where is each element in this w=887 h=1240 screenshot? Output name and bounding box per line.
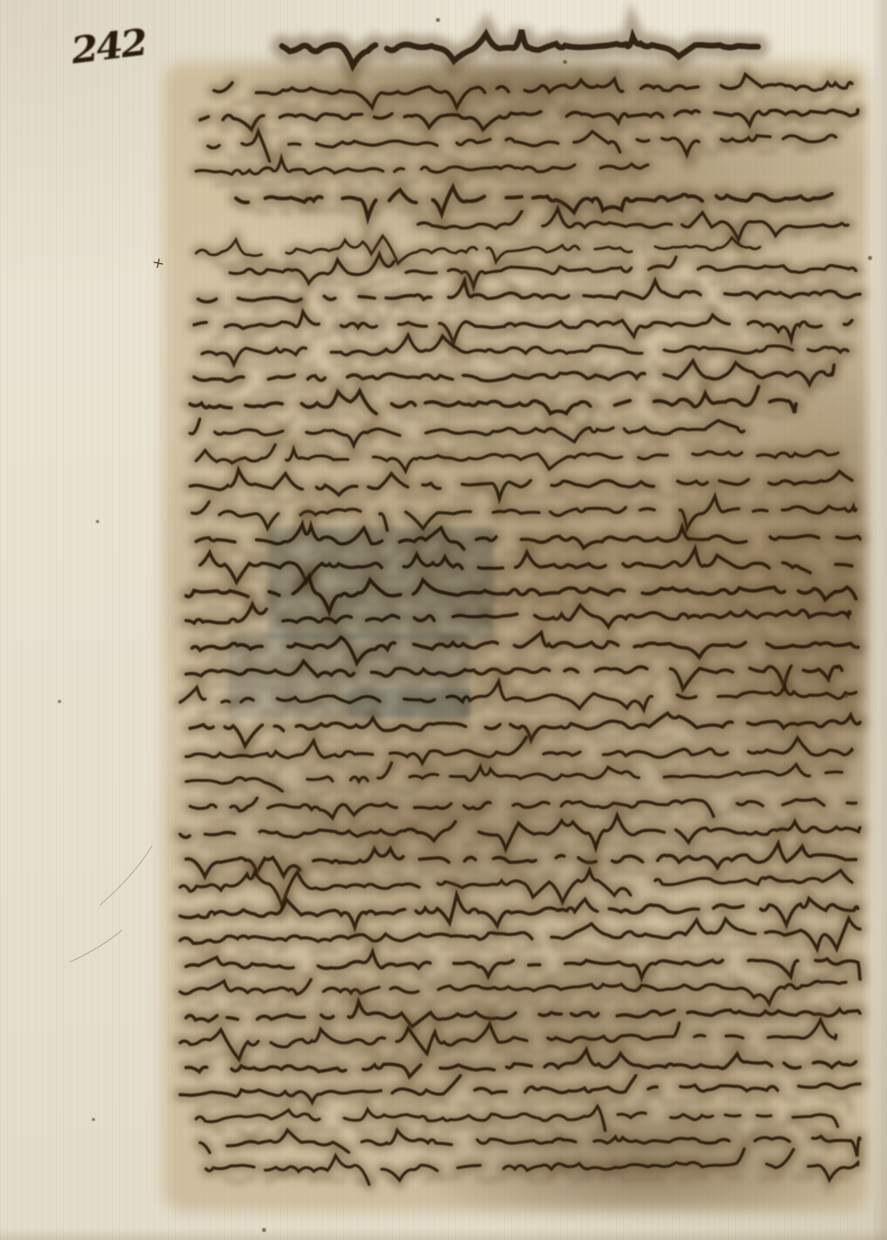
ink-speck (436, 18, 440, 22)
script-line (186, 1002, 860, 1027)
script-line-halo (200, 1130, 860, 1156)
ink-speck (262, 1228, 266, 1232)
ink-speck (92, 1118, 95, 1121)
manuscript-scan: 242 + (0, 0, 887, 1240)
page-bottom-edge-shadow (0, 1228, 887, 1240)
paper-scratch (70, 930, 122, 962)
ink-speck (58, 700, 61, 703)
handwriting-layer (0, 0, 887, 1240)
paper-scratch (100, 846, 152, 905)
ink-speck (563, 60, 567, 64)
ink-speck (96, 520, 99, 523)
ink-speck (844, 694, 848, 698)
page-right-edge-shadow (871, 0, 887, 1240)
script-line-halo (208, 131, 836, 161)
ink-speck (868, 256, 872, 260)
script-line-halo (198, 281, 860, 302)
